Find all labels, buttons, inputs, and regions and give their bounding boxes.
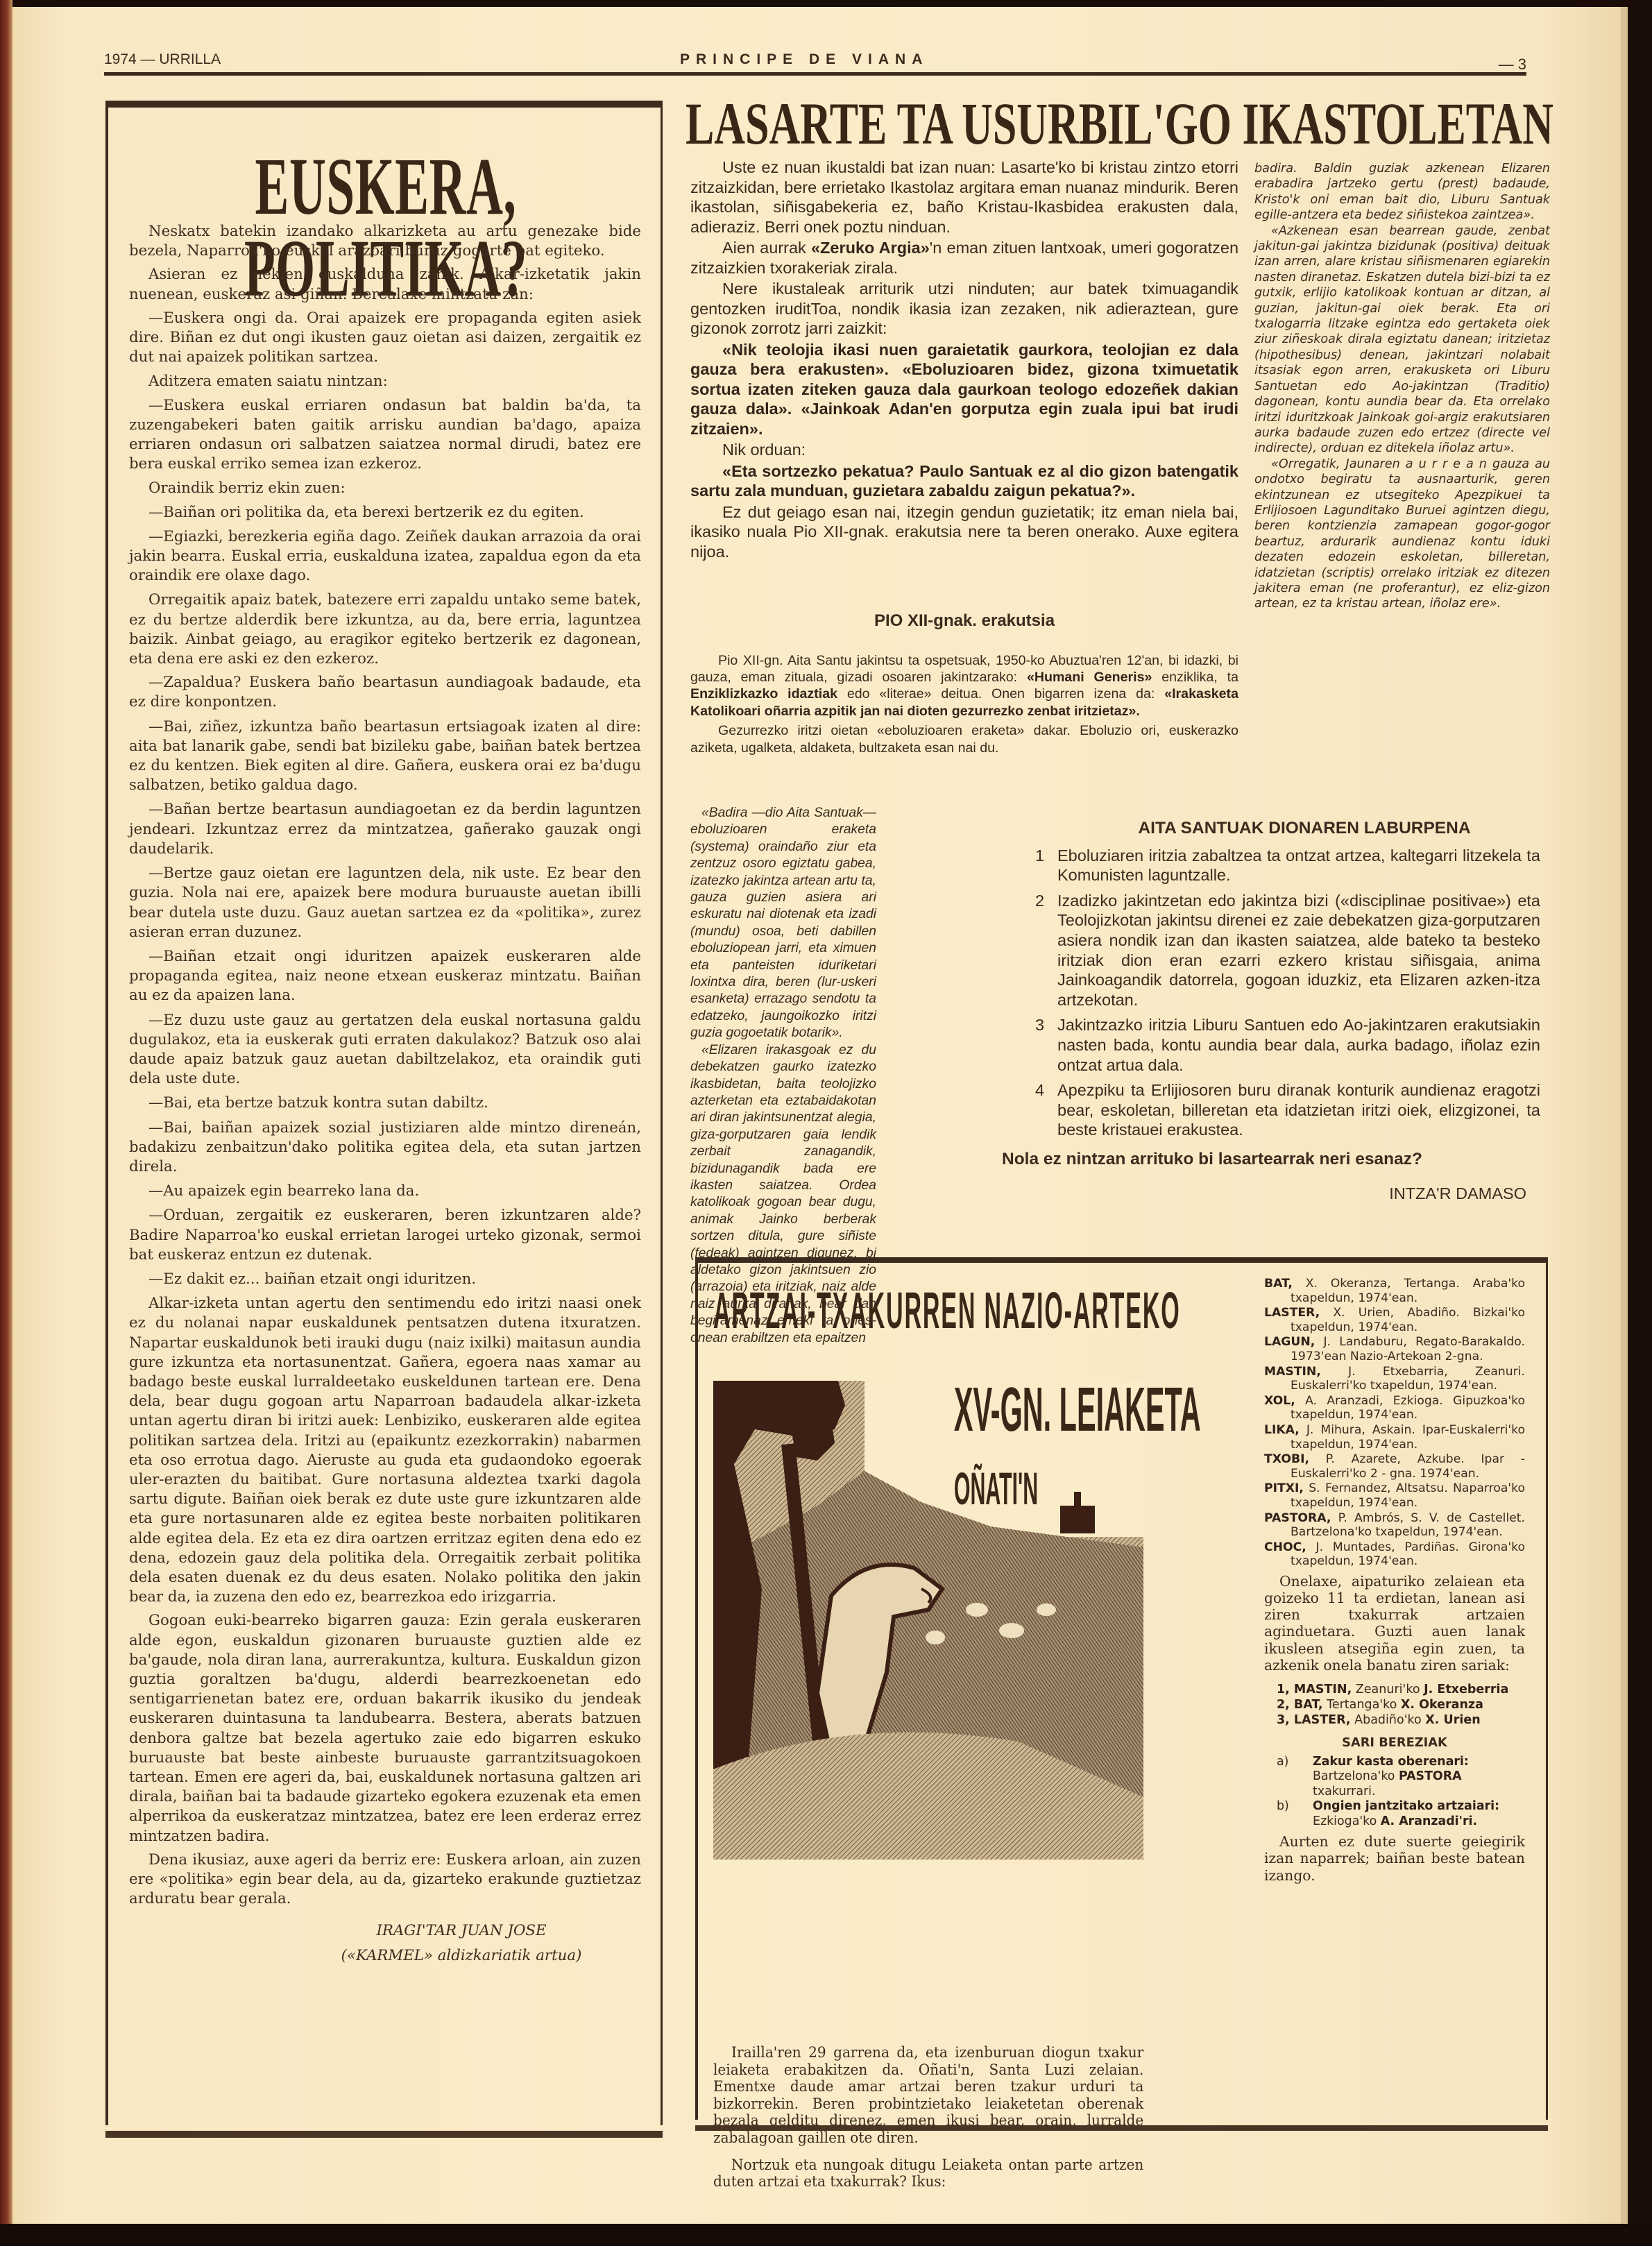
participant-entry: TXOBI, P. Azarete, Azkube. Ipar - Euskal… (1264, 1452, 1525, 1481)
summary-list: 1Eboluziaren iritzia zabaltzea ta ontzat… (1027, 846, 1540, 1140)
paragraph: Dena ikusiaz, auxe ageri da berriz ere: … (129, 1851, 641, 1909)
box-top-rule (695, 1257, 1548, 1263)
dog-name: PITXI, (1264, 1481, 1304, 1495)
text: Bartzelona'ko (1313, 1769, 1399, 1783)
special-prizes-heading: SARI BEREZIAK (1264, 1736, 1525, 1751)
paragraph: «Eta sortzezko pekatua? Paulo Santuak ez… (690, 461, 1238, 501)
bold-text: Enziklizkazko idaztiak (690, 686, 837, 701)
prize-row: 3, LASTER, Abadiño'ko X. Urien (1277, 1712, 1525, 1728)
paragraph: —Bañan bertze beartasun aundiagoetan ez … (129, 800, 641, 859)
paragraph: Nere ikustaleak arriturik utzi ninduten;… (690, 279, 1238, 339)
bold-text: «Eta sortzezko pekatua? Paulo Santuak ez… (690, 462, 1238, 500)
artzai-txakurren-article: ARTZAI-TXAKURREN NAZIO-ARTEKO XV-GN. LEI… (695, 1257, 1548, 2120)
text: Gezurrezko iritzi oietan «eboluzioaren e… (690, 723, 1238, 755)
box-bottom-rule (105, 2131, 663, 2138)
summary-item: 2Izadizko jakintzetan edo jakintza bizi … (1027, 891, 1540, 1010)
box-bottom-rule (695, 2125, 1548, 2131)
item-text: Izadizko jakintzetan edo jakintza bizi (… (1057, 892, 1540, 1009)
bold-text: «Humani Generis» (1027, 670, 1152, 685)
special-prize: a)Zakur kasta oberenari: (1277, 1755, 1525, 1770)
paragraph: —Bai, eta bertze batzuk kontra sutan dab… (129, 1094, 641, 1113)
summary-heading: AITA SANTUAK DIONAREN LABURPENA (1027, 819, 1540, 839)
results-paragraph: Onelaxe, aipaturiko zelaiean eta goizeko… (1264, 1573, 1525, 1674)
dog-name: XOL, (1264, 1394, 1295, 1408)
paragraph: —Egiazki, berezkeria egiña dago. Zeiñek … (129, 527, 641, 586)
summary-item: 4Apezpiku ta Erlijiosoren buru diranak k… (1027, 1080, 1540, 1140)
article-author: IRAGI'TAR JUAN JOSE (129, 1919, 613, 1943)
text: Ez dut geiago esan nai, itzegin gendun g… (690, 503, 1238, 561)
dog-name: LIKA, (1264, 1423, 1300, 1437)
bold-text: «Zeruko Argia» (811, 239, 930, 257)
pope-quote-column-right: badira. Baldin guziak azkenean Elizaren … (1254, 161, 1550, 612)
prize-winner: Ezkioga'ko A. Aranzadi'ri. (1313, 1814, 1525, 1830)
paragraph: Alkar-izketa untan agertu den sentimendu… (129, 1294, 641, 1607)
owner-name: X. Okeranza (1401, 1698, 1483, 1712)
paragraph: Gogoan euki-bearreko bigarren gauza: Ezi… (129, 1611, 641, 1846)
paragraph: Ez dut geiago esan nai, itzegin gendun g… (690, 502, 1238, 562)
prize-winner: Bartzelona'ko PASTORA txakurrari. (1313, 1769, 1525, 1799)
summary-item: 3Jakintzazko iritzia Liburu Santuen edo … (1027, 1015, 1540, 1075)
prize-position: 1, (1277, 1683, 1294, 1696)
prize-position: 3, (1277, 1713, 1294, 1727)
origin: Abadiño'ko (1351, 1713, 1426, 1727)
participant-details: X. Urien, Abadiño. Bizkai'ko txapeldun, … (1291, 1306, 1525, 1334)
prize-title: Zakur kasta oberenari: (1313, 1755, 1469, 1770)
participant-details: S. Fernandez, Altsatsu. Naparroa'ko txap… (1291, 1481, 1525, 1510)
prize-winners: 1, MASTIN, Zeanuri'ko J. Etxeberria2, BA… (1277, 1682, 1525, 1728)
dog-name: BAT, (1294, 1698, 1323, 1712)
article-signature: IRAGI'TAR JUAN JOSE(«KARMEL» aldizkariat… (129, 1919, 641, 1968)
section-heading: PIO XII-gnak. erakutsia (690, 611, 1238, 631)
dog-name: TXOBI, (1264, 1452, 1309, 1466)
paragraph: —Baiñan etzait ongi iduritzen apaizek eu… (129, 947, 641, 1006)
prize-row: 1, MASTIN, Zeanuri'ko J. Etxeberria (1277, 1682, 1525, 1697)
euskera-politika-article: EUSKERA, POLITIKA? Neskatx batekin izand… (105, 101, 663, 2125)
dog-name: LASTER, (1264, 1306, 1320, 1320)
origin: Tertanga'ko (1323, 1698, 1401, 1712)
shepherd-dog-illustration (713, 1381, 1143, 1860)
results-intro: Onelaxe, aipaturiko zelaiean eta goizeko… (1264, 1573, 1525, 1674)
dog-name: PASTORA, (1264, 1511, 1331, 1525)
prize-label: b) (1277, 1799, 1313, 1814)
participant-entry: PASTORA, P. Ambrós, S. V. de Castellet. … (1264, 1511, 1525, 1540)
text: edo «literae» deitua. Onen bigarren izen… (837, 686, 1164, 701)
book-bottom-edge (0, 2224, 1652, 2246)
closing-paragraph: Aurten ez dute suerte geiegirik izan nap… (1264, 1833, 1525, 1884)
participant-details: J. Landaburu, Regato-Barakaldo. 1973'ean… (1291, 1335, 1525, 1363)
paragraph: Aditzera ematen saiatu nintzan: (129, 372, 641, 391)
paragraph: —Euskera euskal erriaren ondasun bat bal… (129, 396, 641, 475)
paragraph: «Nik teolojia ikasi nuen garaietatik gau… (690, 340, 1238, 439)
winner-name: A. Aranzadi'ri. (1381, 1814, 1477, 1828)
paragraph: —Orduan, zergaitik ez euskeraren, beren … (129, 1206, 641, 1265)
closing-question: Nola ez nintzan arrituko bi lasartearrak… (1002, 1150, 1540, 1170)
closing-text: Aurten ez dute suerte geiegirik izan nap… (1264, 1833, 1525, 1884)
dog-name: LAGUN, (1264, 1335, 1315, 1349)
header-rule (104, 72, 1526, 76)
paragraph: —Euskera ongi da. Orai apaizek ere propa… (129, 309, 641, 368)
special-prize: b)Ongien jantzitako artzaiari: (1277, 1799, 1525, 1814)
participant-entry: LASTER, X. Urien, Abadiño. Bizkai'ko txa… (1264, 1306, 1525, 1334)
article-source: («KARMEL» aldizkariatik artua) (129, 1943, 613, 1968)
lasarte-article-title: LASARTE TA USURBIL'GO IKASTOLETAN (686, 94, 1300, 153)
paragraph: Nik orduan: (690, 440, 1238, 460)
dog-name: BAT, (1264, 1277, 1293, 1291)
participant-entry: BAT, X. Okeranza, Tertanga. Araba'ko txa… (1264, 1277, 1525, 1305)
dog-name: MASTIN, (1264, 1365, 1321, 1379)
paragraph: Oraindik berriz ekin zuen: (129, 479, 641, 498)
item-text: Apezpiku ta Erlijiosoren buru diranak ko… (1057, 1081, 1540, 1139)
text: Ezkioga'ko (1313, 1814, 1381, 1828)
winner-name: PASTORA (1399, 1769, 1462, 1783)
quote-paragraph: «Badira —dio Aita Santuak— eboluzioaren … (690, 805, 876, 1042)
article-title: ARTZAI-TXAKURREN NAZIO-ARTEKO (713, 1285, 956, 1336)
paragraph: —Bertze gauz oietan ere laguntzen dela, … (129, 864, 641, 942)
dog-name: CHOC, (1264, 1540, 1306, 1554)
article-subtitle: XV-GN. LEIAKETA (954, 1379, 1035, 1441)
item-number: 3 (1035, 1015, 1044, 1035)
summary-section: AITA SANTUAK DIONAREN LABURPENA 1Eboluzi… (1027, 819, 1540, 1203)
quote-paragraph: «Azkenean esan bearrean gaude, zenbat ja… (1254, 223, 1550, 457)
owner-name: X. Urien (1425, 1713, 1480, 1727)
entries: BAT, X. Okeranza, Tertanga. Araba'ko txa… (1264, 1277, 1525, 1569)
participant-entry: CHOC, J. Muntades, Pardiñas. Girona'ko t… (1264, 1540, 1525, 1569)
box-top-rule (105, 101, 663, 108)
paragraph: Gezurrezko iritzi oietan «eboluzioaren e… (690, 722, 1238, 756)
paragraph: Pio XII-gn. Aita Santu jakintsu ta ospet… (690, 652, 1238, 720)
participant-entry: LAGUN, J. Landaburu, Regato-Barakaldo. 1… (1264, 1335, 1525, 1363)
dog-name: MASTIN, (1294, 1683, 1352, 1696)
text: Uste ez nuan ikustaldi bat izan nuan: La… (690, 158, 1238, 236)
participant-details: A. Aranzadi, Ezkioga. Gipuzkoa'ko txapel… (1291, 1394, 1525, 1422)
section-body: Pio XII-gn. Aita Santu jakintsu ta ospet… (690, 652, 1238, 756)
page-number: — 3 (1499, 56, 1526, 74)
quote-paragraph: badira. Baldin guziak azkenean Elizaren … (1254, 161, 1550, 223)
participant-entry: PITXI, S. Fernandez, Altsatsu. Naparroa'… (1264, 1481, 1525, 1510)
paragraph: —Au apaizek egin bearreko lana da. (129, 1182, 641, 1201)
participants-list: BAT, X. Okeranza, Tertanga. Araba'ko txa… (1264, 1277, 1525, 1884)
participant-details: X. Okeranza, Tertanga. Araba'ko txapeldu… (1291, 1277, 1525, 1305)
summary-item: 1Eboluziaren iritzia zabaltzea ta ontzat… (1027, 846, 1540, 885)
item-number: 4 (1035, 1080, 1044, 1100)
bold-text: «Nik teolojia ikasi nuen garaietatik gau… (690, 341, 1238, 438)
prize-label: a) (1277, 1755, 1313, 1770)
item-text: Eboluziaren iritzia zabaltzea ta ontzat … (1057, 846, 1540, 885)
article-author: INTZA'R DAMASO (1027, 1184, 1540, 1204)
paragraph: Uste ez nuan ikustaldi bat izan nuan: La… (690, 158, 1238, 237)
participant-entry: XOL, A. Aranzadi, Ezkioga. Gipuzkoa'ko t… (1264, 1394, 1525, 1422)
paragraph: —Zapaldua? Euskera baño beartasun aundia… (129, 673, 641, 712)
paragraph: —Ez dakit ez... baiñan etzait ongi iduri… (129, 1270, 641, 1289)
article-body: Neskatx batekin izandako alkarizketa au … (129, 222, 641, 1968)
article-location: OÑATI'N (954, 1465, 1035, 1511)
participant-entry: LIKA, J. Mihura, Askain. Ipar-Euskalerri… (1264, 1423, 1525, 1452)
prize-row: 2, BAT, Tertanga'ko X. Okeranza (1277, 1697, 1525, 1712)
prize-title: Ongien jantzitako artzaiari: (1313, 1799, 1499, 1814)
origin: Zeanuri'ko (1352, 1683, 1424, 1696)
running-header: 1974 — URRILLA PRINCIPE DE VIANA — 3 (104, 46, 1526, 67)
paragraph: Asieran ez nekien euskalduna zanik. Alka… (129, 265, 641, 304)
text: Nik orduan: (722, 441, 806, 459)
participant-details: P. Azarete, Azkube. Ipar - Euskalerri'ko… (1291, 1452, 1525, 1481)
text: enziklika, ta (1152, 670, 1238, 685)
book-spine (0, 0, 12, 2246)
participant-details: J. Etxebarria, Zeanuri. Euskalerri'ko tx… (1291, 1365, 1525, 1393)
item-number: 1 (1035, 846, 1044, 866)
participant-details: J. Mihura, Askain. Ipar-Euskalerri'ko tx… (1291, 1423, 1525, 1452)
paragraph: —Baiñan ori politika da, eta berexi bert… (129, 503, 641, 522)
article-body: Irailla'ren 29 garrena da, eta izenburua… (713, 2045, 1114, 2201)
participant-entry: MASTIN, J. Etxebarria, Zeanuri. Euskaler… (1264, 1365, 1525, 1393)
item-text: Jakintzazko iritzia Liburu Santuen edo A… (1057, 1016, 1540, 1073)
paragraph: —Bai, ziñez, izkuntza baño beartasun ert… (129, 717, 641, 796)
paragraph: Neskatx batekin izandako alkarizketa au … (129, 222, 641, 261)
paragraph: Nortzuk eta nungoak ditugu Leiaketa onta… (713, 2157, 1143, 2191)
text: Aien aurrak (722, 239, 811, 257)
paragraph: Aien aurrak «Zeruko Argia»'n eman zituen… (690, 238, 1238, 278)
text: Nere ikustaleak arriturik utzi ninduten;… (690, 280, 1238, 337)
participant-details: J. Muntades, Pardiñas. Girona'ko txapeld… (1291, 1540, 1525, 1569)
dog-name: LASTER, (1294, 1713, 1351, 1727)
quote-paragraph: «Orregatik, Jaunaren a u r r e a n gauza… (1254, 457, 1550, 612)
item-number: 2 (1035, 891, 1044, 911)
paragraph: —Ez duzu uste gauz au gertatzen dela eus… (129, 1011, 641, 1089)
issue-date: 1974 — URRILLA (104, 51, 221, 68)
prize-position: 2, (1277, 1698, 1294, 1712)
lasarte-article-body: Uste ez nuan ikustaldi bat izan nuan: La… (690, 158, 1238, 759)
paragraph: —Bai, baiñan apaizek sozial justiziaren … (129, 1118, 641, 1177)
publication-name: PRINCIPE DE VIANA (680, 51, 928, 68)
owner-name: J. Etxeberria (1424, 1683, 1508, 1696)
text: txakurrari. (1313, 1785, 1376, 1798)
paragraph: Irailla'ren 29 garrena da, eta izenburua… (713, 2045, 1143, 2147)
special-prizes: a)Zakur kasta oberenari:Bartzelona'ko PA… (1264, 1755, 1525, 1830)
paragraph: Orregaitik apaiz batek, batezere erri za… (129, 590, 641, 669)
